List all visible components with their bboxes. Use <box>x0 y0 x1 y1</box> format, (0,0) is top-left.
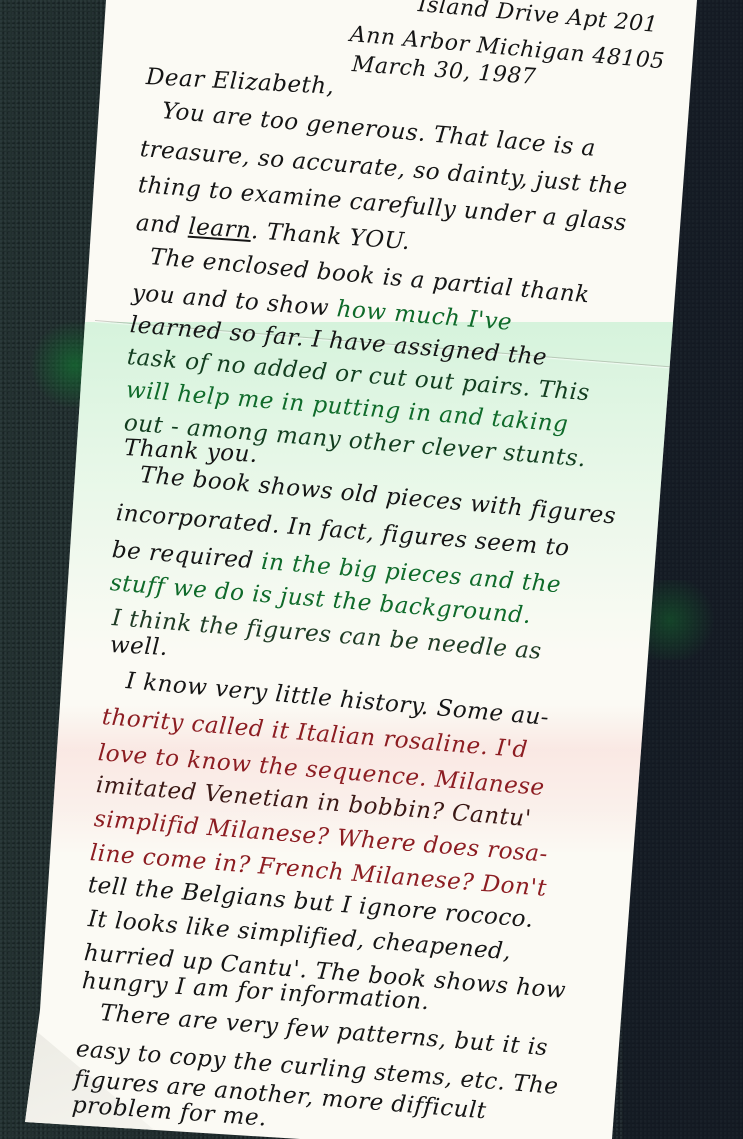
text-segment: . Thank YOU. <box>250 218 411 255</box>
underlined-word: learn <box>188 214 253 244</box>
salutation: Dear Elizabeth, <box>145 64 335 100</box>
text-segment: be required <box>111 537 262 575</box>
letter-line: well. <box>109 632 168 661</box>
text-segment: and <box>135 210 189 240</box>
